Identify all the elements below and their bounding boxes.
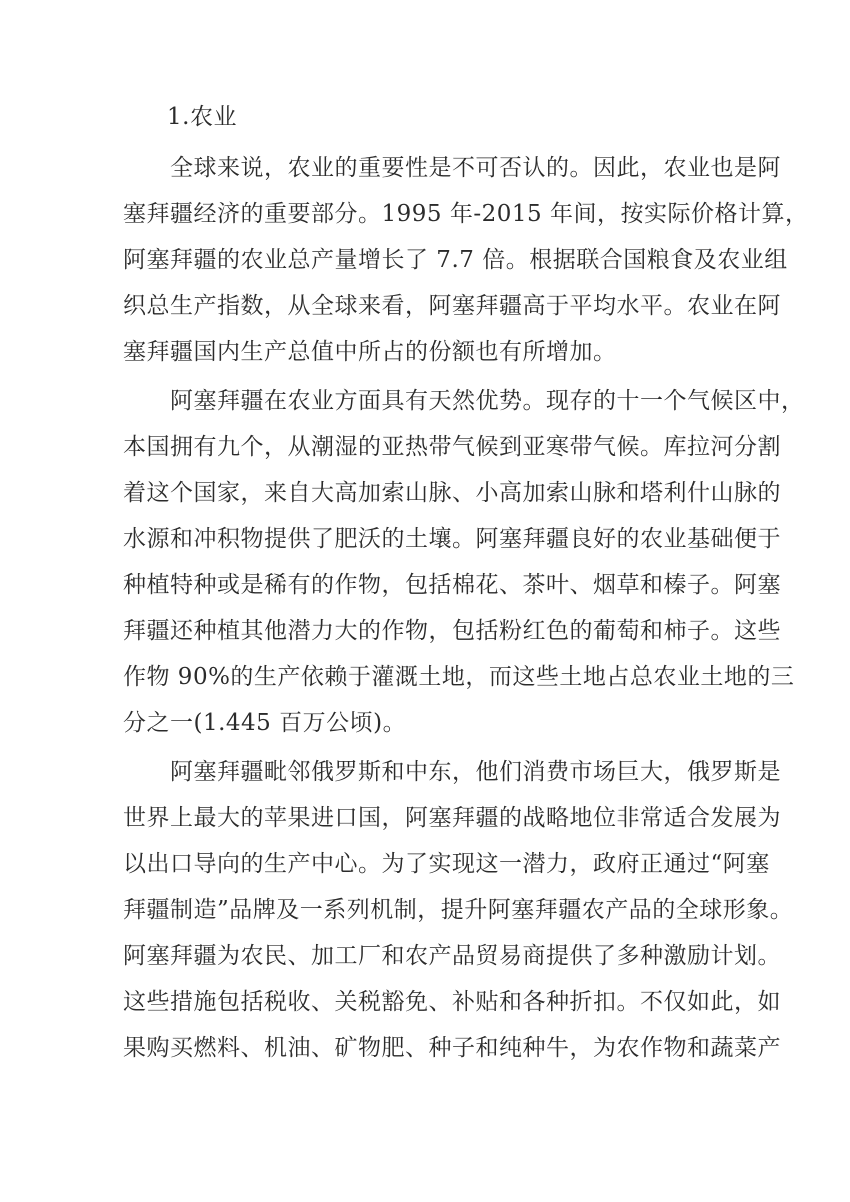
- paragraph-1-line-1: 全球来说，农业的重要性是不可否认的。因此，农业也是阿: [170, 154, 729, 182]
- paragraph-1-line-4: 织总生产指数，从全球来看，阿塞拜疆高于平均水平。农业在阿: [123, 292, 729, 320]
- paragraph-3-line-1: 阿塞拜疆毗邻俄罗斯和中东，他们消费市场巨大，俄罗斯是: [170, 758, 729, 786]
- paragraph-2-line-8: 分之一(1.445 百万公顷)。: [123, 709, 729, 737]
- paragraph-3-line-2: 世界上最大的苹果进口国，阿塞拜疆的战略地位非常适合发展为: [123, 804, 729, 832]
- paragraph-2-line-1: 阿塞拜疆在农业方面具有天然优势。现存的十一个气候区中，: [170, 387, 729, 415]
- paragraph-2-line-4: 水源和冲积物提供了肥沃的土壤。阿塞拜疆良好的农业基础便于: [123, 525, 729, 553]
- paragraph-3-line-4: 拜疆制造”品牌及一系列机制，提升阿塞拜疆农产品的全球形象。: [123, 896, 729, 924]
- paragraph-2-line-5: 种植特种或是稀有的作物，包括棉花、茶叶、烟草和榛子。阿塞: [123, 571, 729, 599]
- paragraph-1-line-5: 塞拜疆国内生产总值中所占的份额也有所增加。: [123, 338, 729, 366]
- paragraph-1-line-2: 塞拜疆经济的重要部分。1995 年-2015 年间，按实际价格计算，: [123, 200, 729, 228]
- paragraph-3-line-6: 这些措施包括税收、关税豁免、补贴和各种折扣。不仅如此，如: [123, 988, 729, 1016]
- paragraph-3-line-7: 果购买燃料、机油、矿物肥、种子和纯种牛，为农作物和蔬菜产: [123, 1034, 729, 1062]
- paragraph-2-line-2: 本国拥有九个，从潮湿的亚热带气候到亚寒带气候。库拉河分割: [123, 433, 729, 461]
- paragraph-3-line-3: 以出口导向的生产中心。为了实现这一潜力，政府正通过“阿塞: [123, 850, 729, 878]
- paragraph-2-line-7: 作物 90%的生产依赖于灌溉土地，而这些土地占总农业土地的三: [123, 663, 729, 691]
- document-page: 1.农业 全球来说，农业的重要性是不可否认的。因此，农业也是阿 塞拜疆经济的重要…: [0, 0, 850, 1202]
- section-heading: 1.农业: [167, 103, 237, 131]
- paragraph-1-line-3: 阿塞拜疆的农业总产量增长了 7.7 倍。根据联合国粮食及农业组: [123, 246, 729, 274]
- paragraph-2-line-3: 着这个国家，来自大高加索山脉、小高加索山脉和塔利什山脉的: [123, 479, 729, 507]
- paragraph-2-line-6: 拜疆还种植其他潜力大的作物，包括粉红色的葡萄和柿子。这些: [123, 617, 729, 645]
- paragraph-3-line-5: 阿塞拜疆为农民、加工厂和农产品贸易商提供了多种激励计划。: [123, 942, 729, 970]
